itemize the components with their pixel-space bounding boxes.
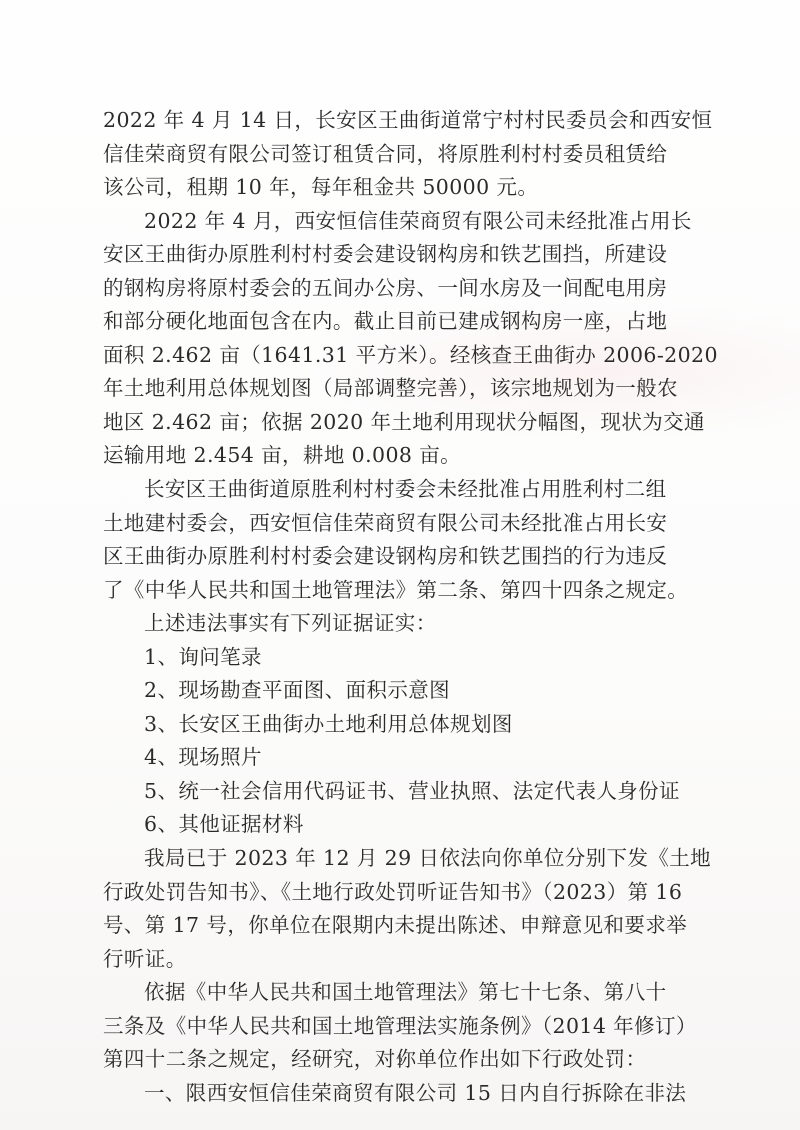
evidence-item: 3、长安区王曲街办土地利用总体规划图	[103, 708, 733, 742]
text-line: 和部分硬化地面包含在内。截止目前已建成钢构房一座，占地	[103, 305, 733, 339]
text-line: 运输用地 2.454 亩，耕地 0.008 亩。	[103, 439, 733, 473]
text-line: 该公司，租期 10 年，每年租金共 50000 元。	[103, 171, 733, 205]
paragraph-start-line: 2022 年 4 月，西安恒信佳荣商贸有限公司未经批准占用长	[103, 205, 733, 239]
penalty-item: 一、限西安恒信佳荣商贸有限公司 15 日内自行拆除在非法	[103, 1077, 733, 1111]
text-line: 行政处罚告知书》、《土地行政处罚听证告知书》（2023）第 16	[103, 876, 733, 910]
evidence-item: 1、询问笔录	[103, 641, 733, 675]
text-line: 三条及《中华人民共和国土地管理法实施条例》（2014 年修订）	[103, 1010, 733, 1044]
paragraph-start-line: 长安区王曲街道原胜利村村委会未经批准占用胜利村二组	[103, 473, 733, 507]
text-line: 2022 年 4 月 14 日，长安区王曲街道常宁村村民委员会和西安恒	[103, 104, 733, 138]
paragraph-start-line: 依据《中华人民共和国土地管理法》第七十七条、第八十	[103, 976, 733, 1010]
text-line: 号、第 17 号，你单位在限期内未提出陈述、申辩意见和要求举	[103, 909, 733, 943]
document-body: 2022 年 4 月 14 日，长安区王曲街道常宁村村民委员会和西安恒 信佳荣商…	[103, 104, 733, 1110]
text-line: 土地建村委会，西安恒信佳荣商贸有限公司未经批准占用长安	[103, 507, 733, 541]
evidence-heading: 上述违法事实有下列证据证实：	[103, 607, 733, 641]
evidence-item: 5、统一社会信用代码证书、营业执照、法定代表人身份证	[103, 775, 733, 809]
text-line: 年土地利用总体规划图（局部调整完善），该宗地规划为一般农	[103, 372, 733, 406]
text-line: 行听证。	[103, 943, 733, 977]
paragraph-start-line: 我局已于 2023 年 12 月 29 日依法向你单位分别下发《土地	[103, 842, 733, 876]
text-line: 安区王曲街办原胜利村村委会建设钢构房和铁艺围挡，所建设	[103, 238, 733, 272]
evidence-item: 6、其他证据材料	[103, 808, 733, 842]
page-number: 2	[0, 1054, 800, 1069]
document-page: 2022 年 4 月 14 日，长安区王曲街道常宁村村民委员会和西安恒 信佳荣商…	[0, 0, 800, 1130]
text-line: 地区 2.462 亩；依据 2020 年土地利用现状分幅图，现状为交通	[103, 406, 733, 440]
text-line: 信佳荣商贸有限公司签订租赁合同，将原胜利村村委员租赁给	[103, 138, 733, 172]
text-line: 区王曲街办原胜利村村委会建设钢构房和铁艺围挡的行为违反	[103, 540, 733, 574]
text-line: 的钢构房将原村委会的五间办公房、一间水房及一间配电用房	[103, 272, 733, 306]
evidence-item: 2、现场勘查平面图、面积示意图	[103, 674, 733, 708]
text-line: 了《中华人民共和国土地管理法》第二条、第四十四条之规定。	[103, 574, 733, 608]
text-line: 面积 2.462 亩（1641.31 平方米）。经核查王曲街办 2006-202…	[103, 339, 733, 373]
evidence-item: 4、现场照片	[103, 741, 733, 775]
